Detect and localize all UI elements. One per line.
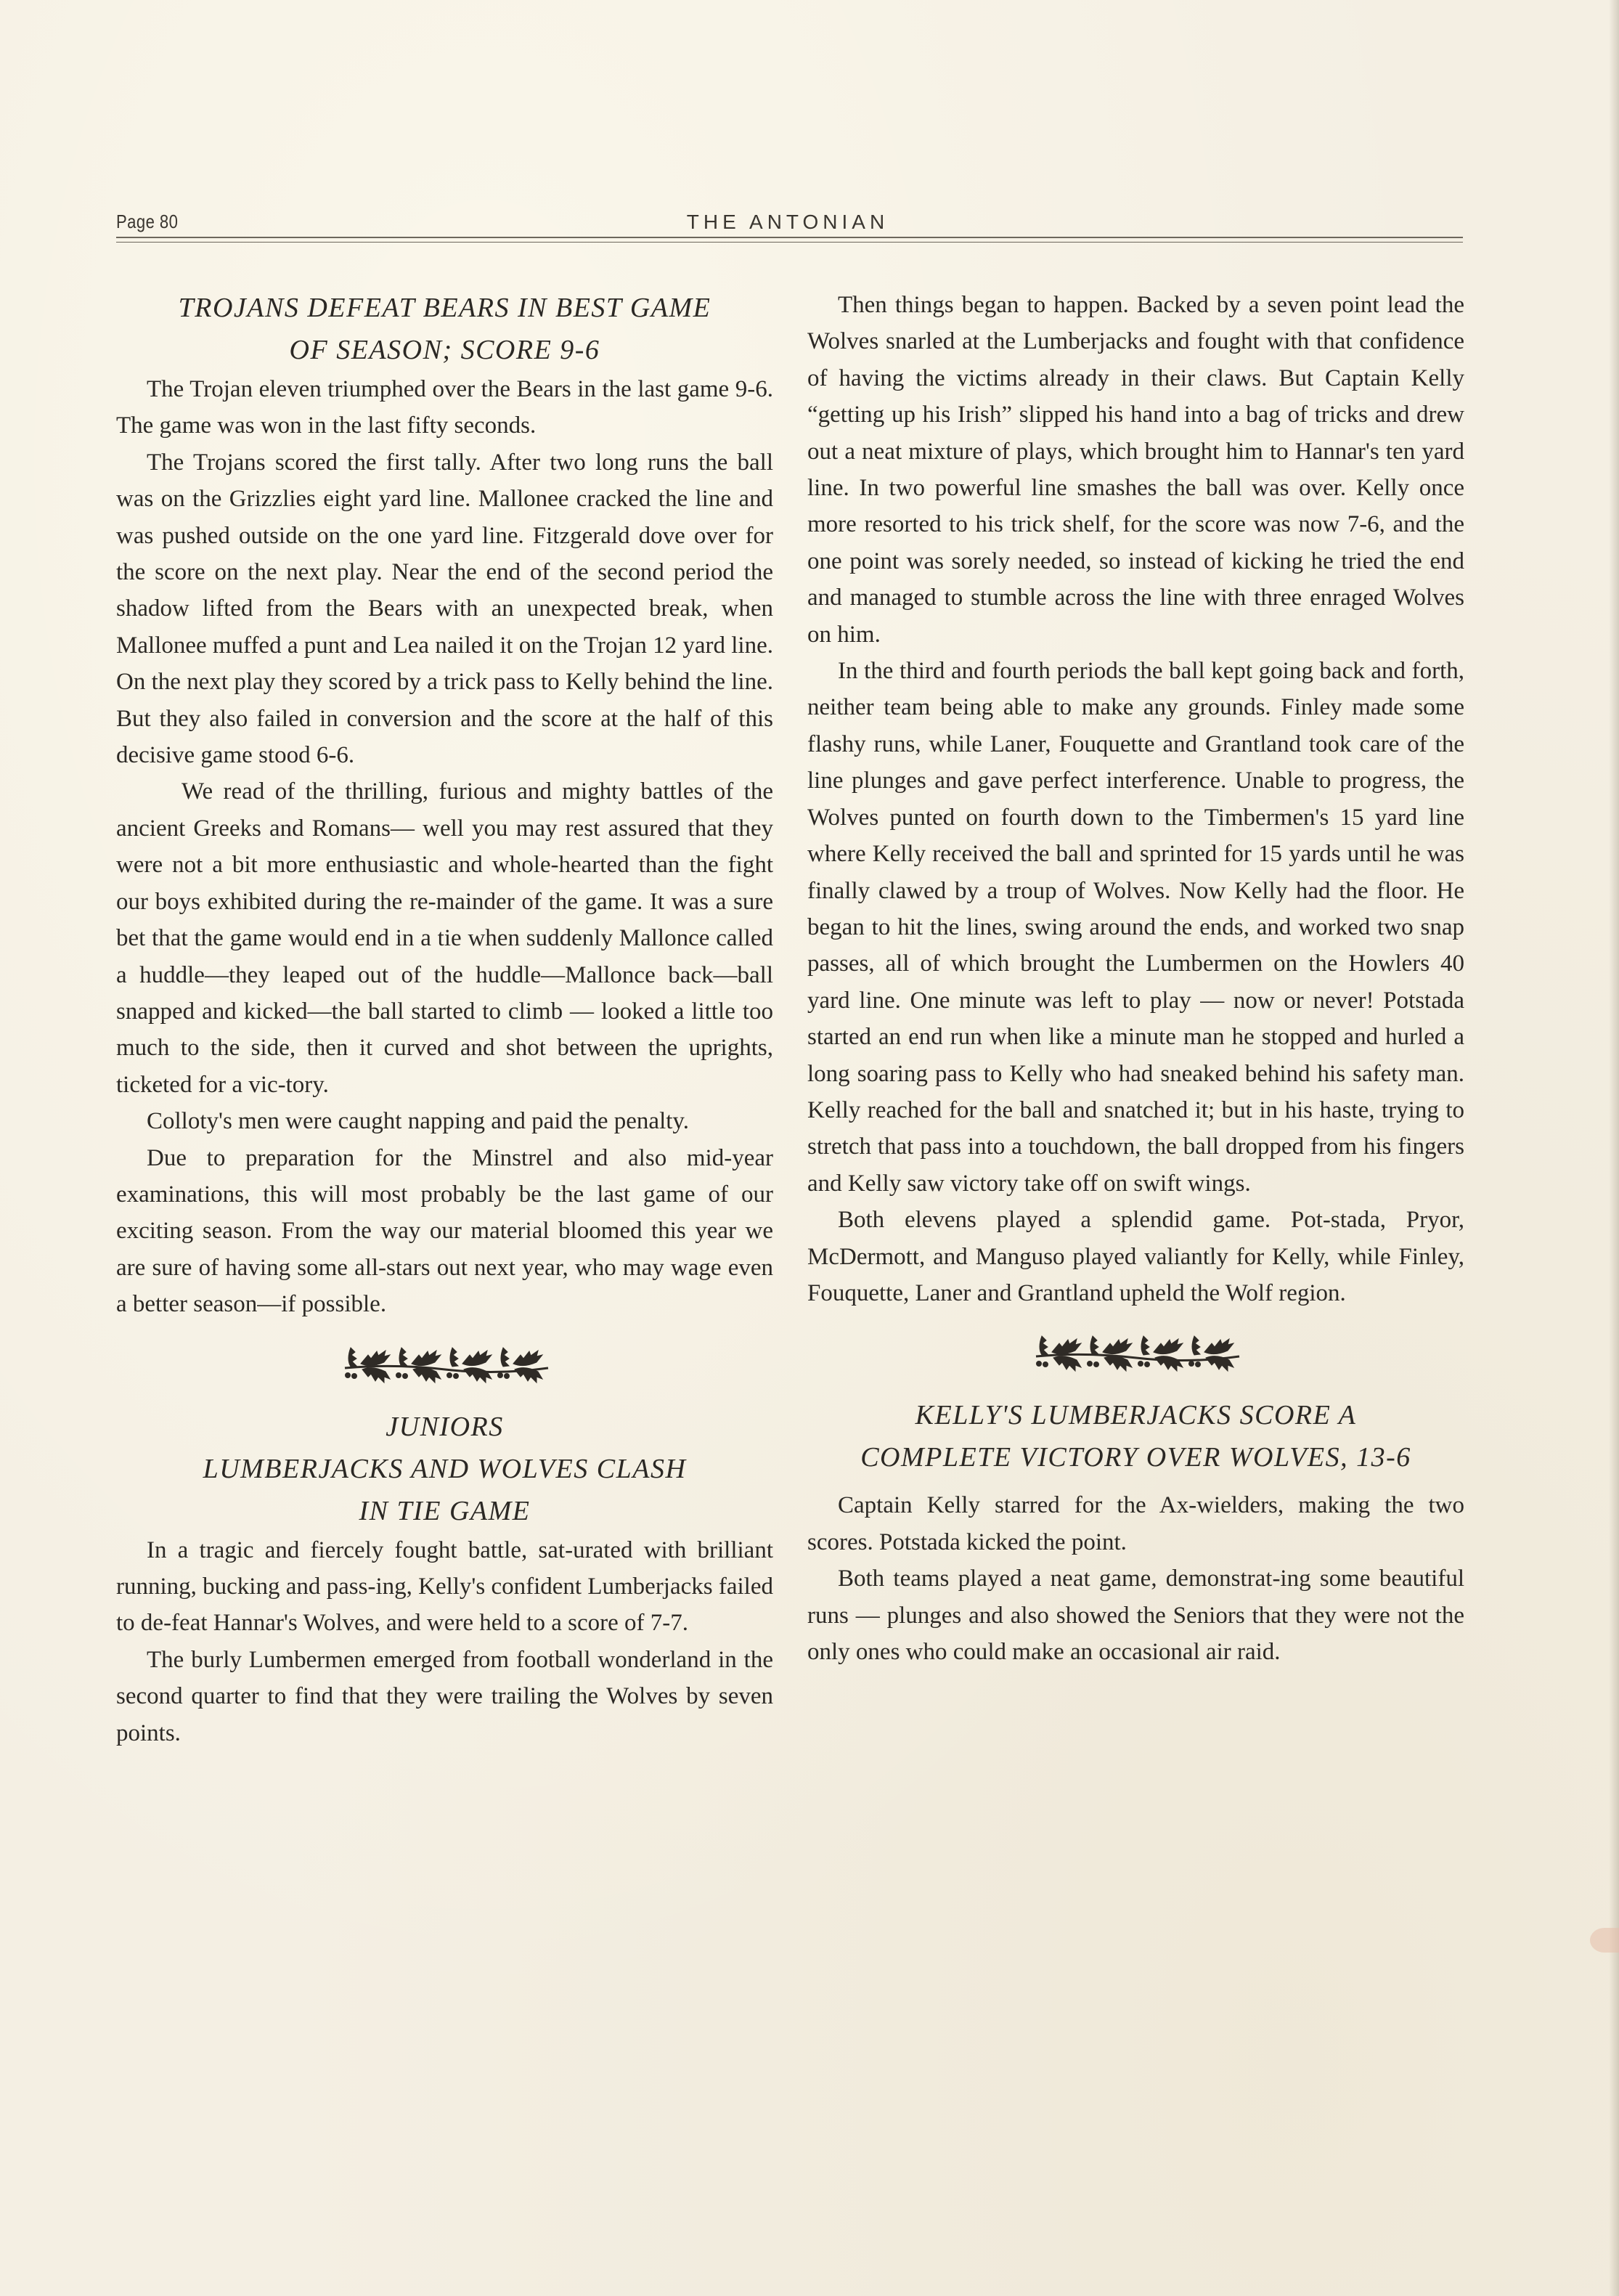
article-headline: JUNIORS LUMBERJACKS AND WOLVES CLASH IN … [116,1406,773,1532]
header-rule [116,237,1463,238]
headline-line: IN TIE GAME [116,1490,773,1532]
article-kellys-lumberjacks-victory: KELLY'S LUMBERJACKS SCORE A COMPLETE VIC… [807,1394,1464,1670]
article-paragraph: We read of the thrilling, furious and mi… [116,773,773,1103]
article-paragraph: Both teams played a neat game, demonstra… [807,1560,1464,1670]
edge-stain [1590,1928,1619,1953]
holly-garland-ornament-icon [1027,1330,1245,1375]
article-paragraph: Due to preparation for the Minstrel and … [116,1140,773,1323]
article-paragraph: Both elevens played a splendid game. Pot… [807,1202,1464,1311]
article-headline: TROJANS DEFEAT BEARS IN BEST GAME OF SEA… [116,287,773,371]
article-paragraph: The Trojans scored the first tally. Afte… [116,444,773,774]
article-paragraph: The burly Lumbermen emerged from footbal… [116,1642,773,1751]
right-column: Then things began to happen. Backed by a… [807,287,1464,1670]
headline-line: LUMBERJACKS AND WOLVES CLASH [116,1448,773,1490]
headline-line: TROJANS DEFEAT BEARS IN BEST GAME [116,287,773,329]
holly-garland-ornament-icon [336,1342,554,1387]
headline-line: JUNIORS [116,1406,773,1448]
article-paragraph: In a tragic and fiercely fought battle, … [116,1532,773,1642]
article-paragraph: Captain Kelly starred for the Ax-wielder… [807,1487,1464,1560]
article-headline: KELLY'S LUMBERJACKS SCORE A COMPLETE VIC… [807,1394,1464,1478]
headline-line: COMPLETE VICTORY OVER WOLVES, 13-6 [807,1436,1464,1478]
article-paragraph: Then things began to happen. Backed by a… [807,287,1464,653]
page-header: Page 80 THE ANTONIAN [116,211,1459,240]
article-juniors-continued: Then things began to happen. Backed by a… [807,287,1464,1311]
publication-title: THE ANTONIAN [116,211,1459,234]
article-juniors-lumberjacks-wolves-tie: JUNIORS LUMBERJACKS AND WOLVES CLASH IN … [116,1406,773,1751]
headline-line: KELLY'S LUMBERJACKS SCORE A [807,1394,1464,1436]
article-paragraph: In the third and fourth periods the ball… [807,653,1464,1202]
article-paragraph: Colloty's men were caught napping and pa… [116,1103,773,1139]
left-column: TROJANS DEFEAT BEARS IN BEST GAME OF SEA… [116,287,773,1751]
article-paragraph: The Trojan eleven triumphed over the Bea… [116,371,773,444]
headline-line: OF SEASON; SCORE 9-6 [116,329,773,371]
article-trojans-defeat-bears: TROJANS DEFEAT BEARS IN BEST GAME OF SEA… [116,287,773,1323]
header-rule-secondary [116,242,1463,243]
